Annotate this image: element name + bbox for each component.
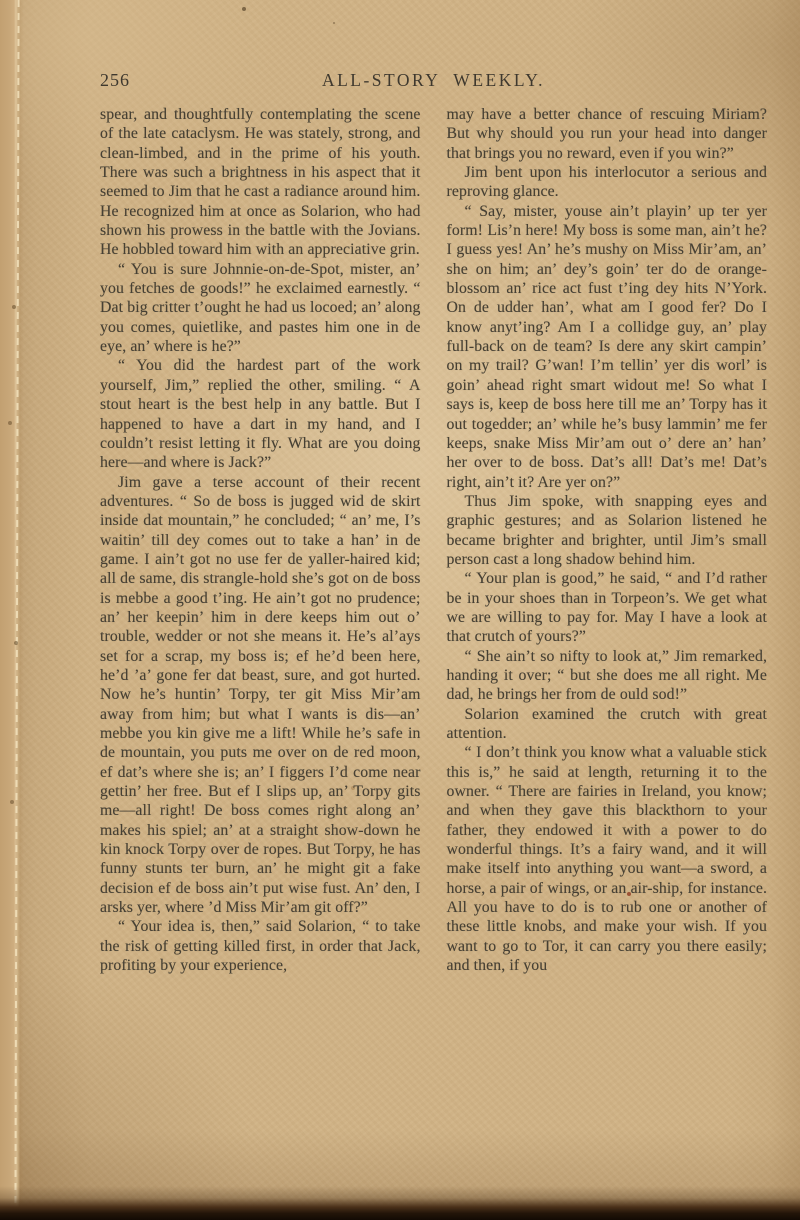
page-left-edge	[0, 0, 24, 1220]
paragraph: Thus Jim spoke, with snapping eyes and g…	[447, 492, 768, 569]
paragraph: Jim gave a terse account of their recent…	[100, 473, 421, 918]
paragraph: “ Your idea is, then,” said Solarion, “ …	[100, 917, 421, 975]
paragraph: may have a better chance of rescuing Mir…	[447, 105, 768, 163]
text-column-left: spear, and thoughtfully contemplating th…	[100, 105, 421, 1180]
paragraph: Jim bent upon his interlocutor a serious…	[447, 163, 768, 202]
paragraph: “ You is sure Johnnie-on-de-Spot, mister…	[100, 260, 421, 357]
paragraph: “ You did the hardest part of the work y…	[100, 356, 421, 472]
page-bottom-shadow	[0, 1186, 800, 1220]
paragraph: “ I don’t think you know what a valuable…	[447, 743, 768, 975]
paragraph: “ Say, mister, youse ain’t playin’ up te…	[447, 202, 768, 492]
page-number: 256	[100, 70, 130, 91]
magazine-title: ALL-STORY WEEKLY.	[100, 70, 767, 91]
paragraph: spear, and thoughtfully contemplating th…	[100, 105, 421, 260]
text-columns: spear, and thoughtfully contemplating th…	[100, 105, 767, 1180]
magazine-page-scan: 256 ALL-STORY WEEKLY. spear, and thought…	[0, 0, 800, 1220]
paragraph: “ She ain’t so nifty to look at,” Jim re…	[447, 647, 768, 705]
running-header: 256 ALL-STORY WEEKLY.	[100, 70, 767, 94]
paper-specks	[0, 0, 2, 2]
text-column-right: may have a better chance of rescuing Mir…	[447, 105, 768, 1180]
paragraph: “ Your plan is good,” he said, “ and I’d…	[447, 569, 768, 646]
paragraph: Solarion examined the crutch with great …	[447, 705, 768, 744]
